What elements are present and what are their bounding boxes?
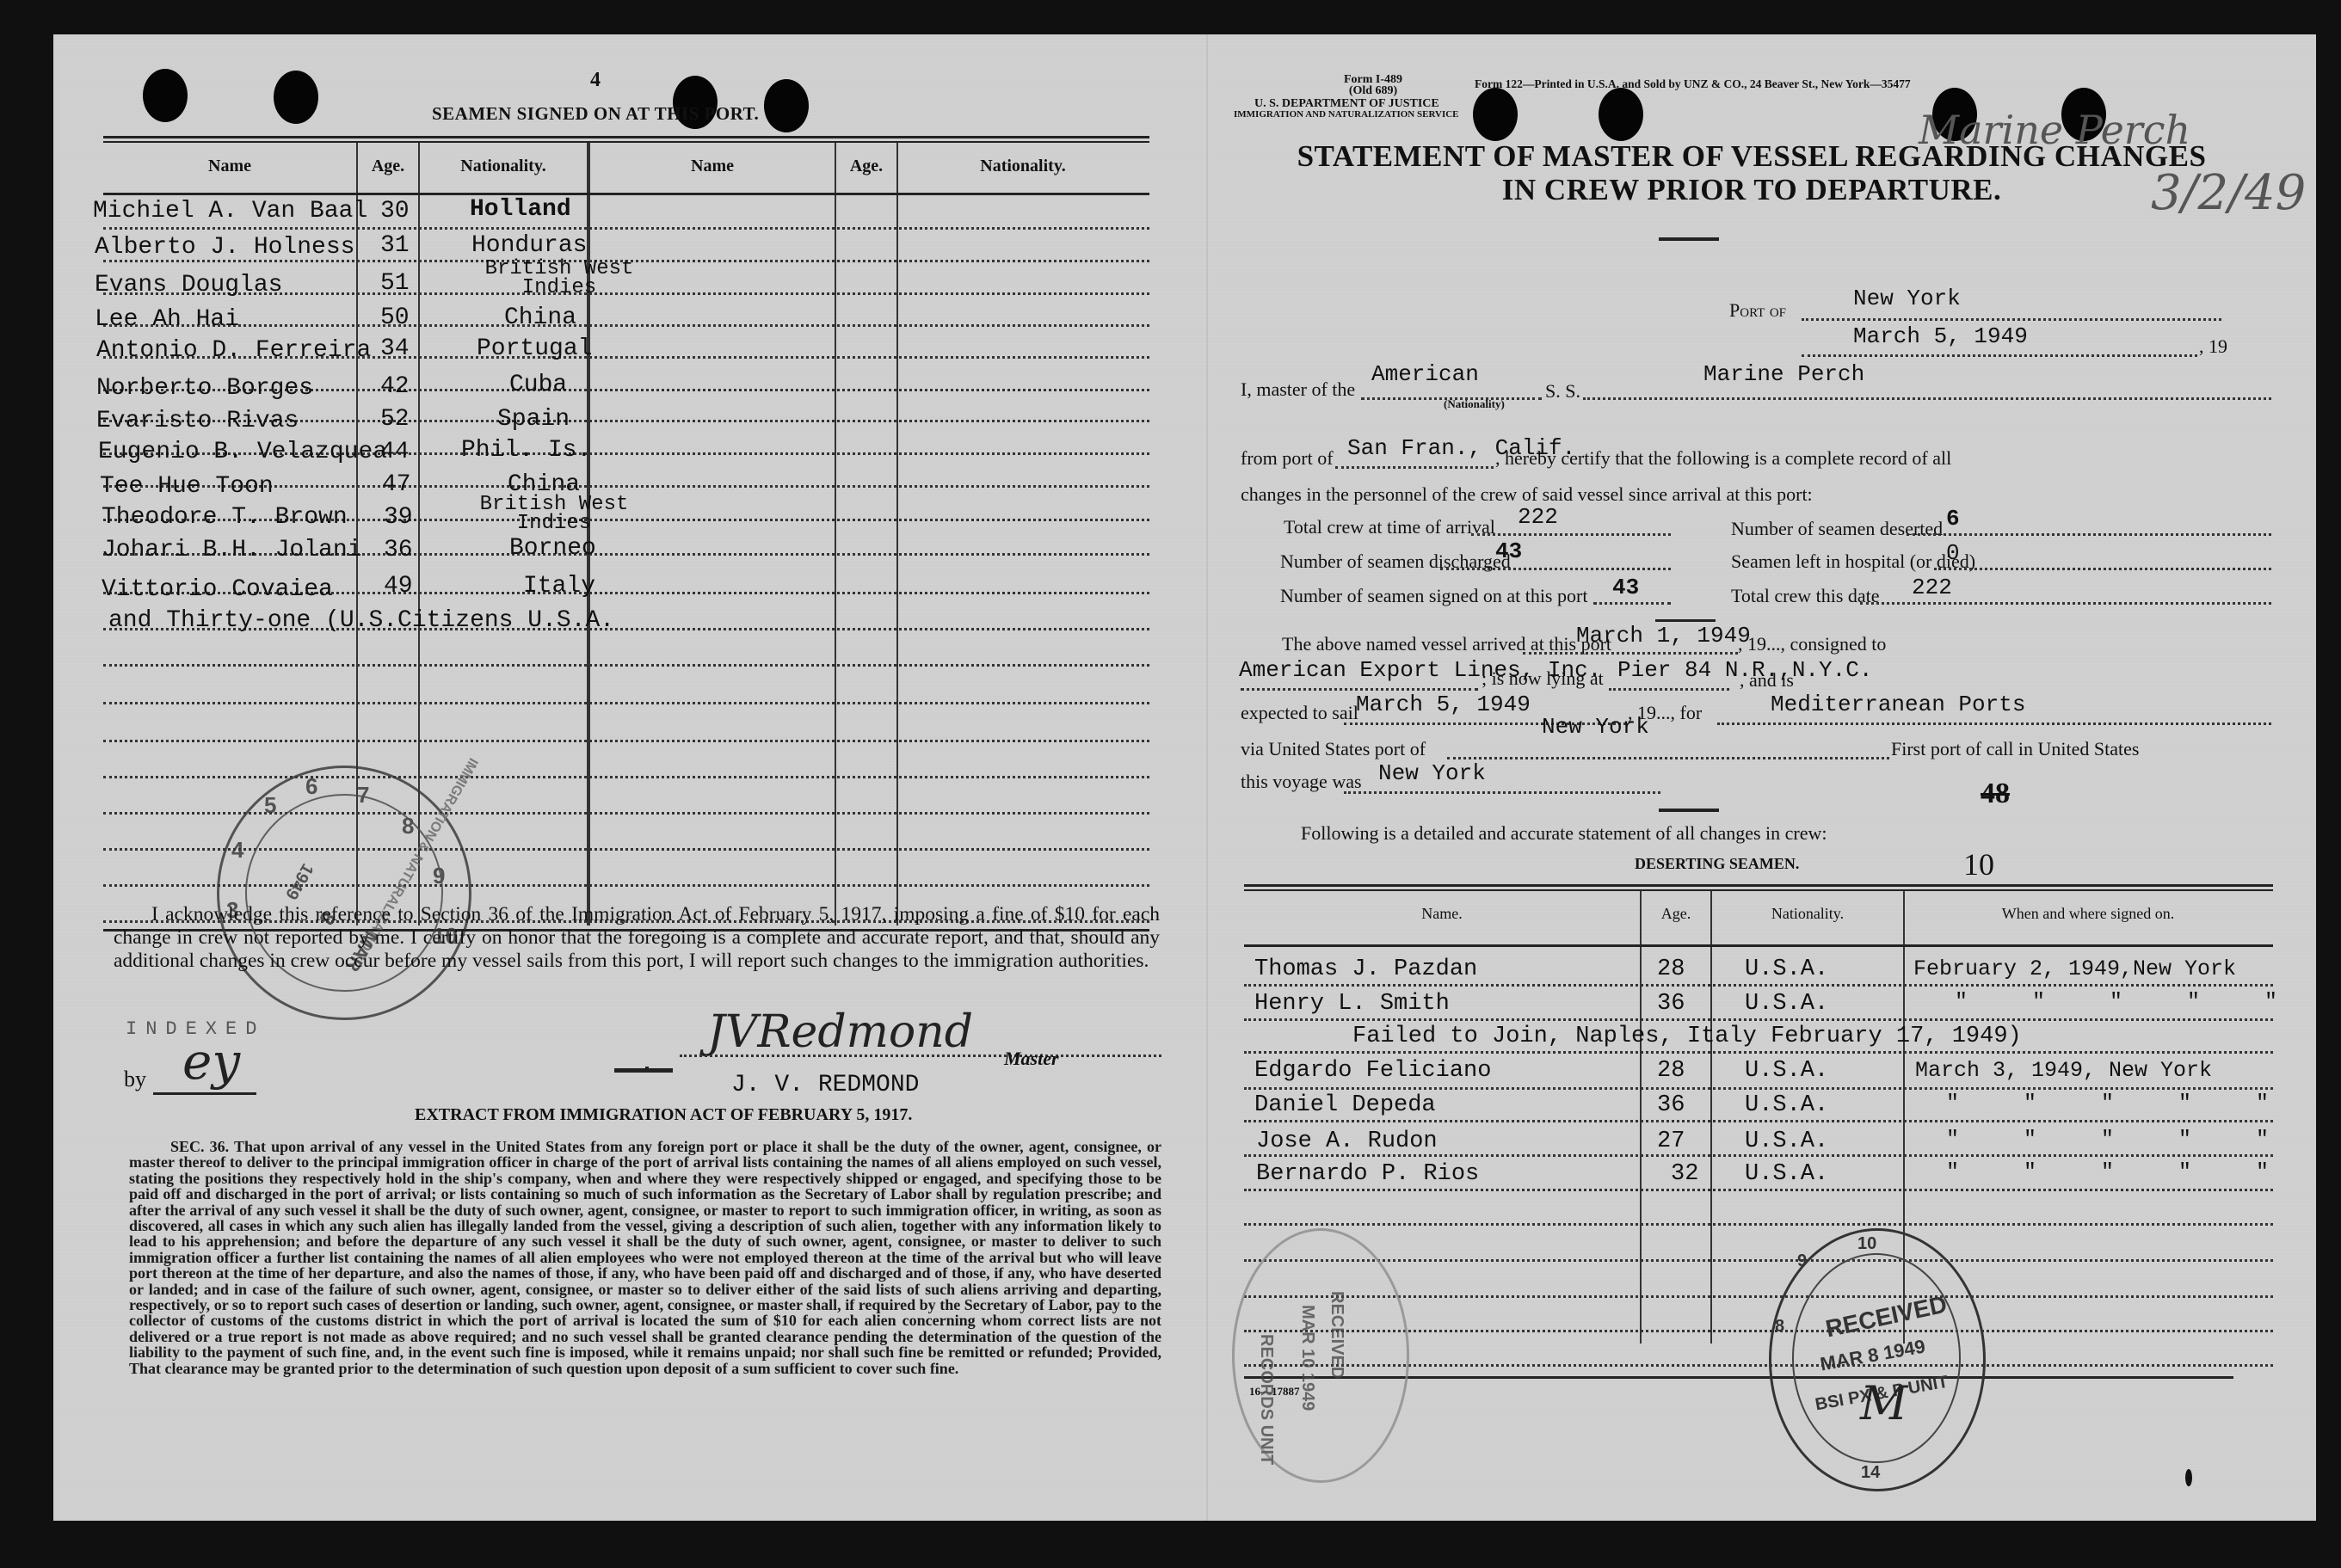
records-stamp-label: RECEIVED	[1327, 1291, 1346, 1379]
deserter-signed-on: " " " " "	[1946, 1127, 2269, 1152]
row-rule	[1244, 984, 2273, 987]
field-line	[1583, 397, 2271, 400]
stamp-ring-number: 9	[433, 863, 445, 889]
deserter-nationality: U.S.A.	[1745, 956, 1828, 982]
seaman-age: 52	[380, 406, 410, 433]
received-date-stamp: IMMIGRATION & NATURALIZATION 8 MAR 1949 …	[217, 766, 471, 1020]
seaman-name: Eugenio B. Velazquea	[98, 439, 387, 465]
department: U. S. DEPARTMENT OF JUSTICE	[1234, 98, 1459, 109]
expected-sail-label: expected to sail	[1241, 702, 1358, 724]
title-rule	[1659, 237, 1719, 241]
form-old-number: (Old 689)	[1344, 85, 1402, 96]
nationality-caption: (Nationality)	[1444, 397, 1505, 411]
document-sheet: 4 SEAMEN SIGNED ON AT THIS PORT. Name Ag…	[53, 34, 2316, 1521]
deserted-value: 6	[1946, 506, 1960, 532]
seaman-age: 51	[380, 270, 410, 297]
field-line	[1717, 723, 2271, 725]
seaman-age: 49	[384, 573, 413, 600]
signature-dash	[645, 1067, 649, 1068]
signature-line	[680, 1055, 1161, 1057]
seaman-age: 42	[380, 373, 410, 400]
total-crew-arrival-label: Total crew at time of arrival	[1284, 516, 1495, 538]
punch-hole	[274, 71, 318, 124]
port-of-value: New York	[1853, 286, 1961, 311]
deserter-name: Henry L. Smith	[1254, 991, 1450, 1017]
ink-spot	[2185, 1469, 2192, 1486]
records-stamp-date: MAR 10 1949	[1297, 1305, 1317, 1411]
seaman-name: Theodore T. Brown	[102, 504, 348, 531]
total-crew-date-label: Total crew this date	[1731, 585, 1880, 607]
stamp-ring-number: 9	[1797, 1251, 1807, 1271]
following-text: Following is a detailed and accurate sta…	[1301, 822, 1827, 845]
consigned-to-label: , 19..., consigned to	[1738, 633, 1886, 655]
stamp-ring-number: 4	[231, 837, 243, 864]
field-line	[1241, 688, 1478, 691]
signature-dash	[614, 1068, 673, 1073]
seaman-name: Antonio D. Ferreira	[96, 337, 371, 364]
seaman-name: Evaristo Rivas	[96, 408, 299, 434]
lying-at-label: ; is now lying at	[1482, 667, 1604, 690]
deserter-nationality: U.S.A.	[1745, 1128, 1828, 1154]
first-port-label: First port of call in United States	[1891, 738, 2139, 760]
field-line	[1335, 466, 1494, 469]
row-rule	[1244, 1018, 2273, 1021]
field-line	[1523, 652, 1738, 655]
signed-on-label: Number of seamen signed on at this port	[1280, 585, 1587, 607]
row-rule	[103, 776, 1149, 778]
row-rule	[103, 664, 1149, 667]
received-bsi-stamp: RECEIVED MAR 8 1949 BSI PX & P UNIT 10 9…	[1769, 1228, 1986, 1491]
stamp-ring-number: 14	[1861, 1463, 1880, 1483]
deserter-name: Jose A. Rudon	[1256, 1128, 1438, 1154]
col-header-nationality: Nationality.	[1712, 905, 1903, 923]
stamp-ring-number: 8	[1775, 1317, 1784, 1337]
stamp-ring-number: 7	[357, 782, 369, 809]
master-signature: JVRedmond	[707, 1006, 973, 1058]
arrived-date: March 1, 1949	[1576, 623, 1751, 649]
seaman-age: 36	[384, 537, 413, 563]
col-header-name: Name	[105, 157, 354, 176]
deserted-label: Number of seamen deserted	[1731, 518, 1943, 540]
seaman-name: Evans Douglas	[95, 272, 282, 298]
row-rule	[1244, 1087, 2273, 1090]
row-rule	[103, 324, 1149, 327]
signed-on-value: 43	[1612, 575, 1639, 600]
hospital-value: 0	[1946, 540, 1960, 566]
indexed-by-label: by	[124, 1067, 146, 1092]
acknowledgement-paragraph: I acknowledge this reference to Section …	[114, 903, 1160, 973]
col-header-nationality-2: Nationality.	[898, 157, 1148, 176]
seaman-nationality: Borneo	[509, 535, 596, 562]
seaman-nationality: Portugal	[477, 335, 592, 362]
indexed-underline	[153, 1092, 256, 1095]
row-rule	[103, 227, 1149, 230]
stamp-ring-number: 6	[305, 773, 317, 800]
title-line-2: IN CREW PRIOR TO DEPARTURE.	[1235, 173, 2268, 206]
continuation-line: and Thirty-one (U.S.Citizens U.S.A.	[108, 607, 614, 634]
changes-text: changes in the personnel of the crew of …	[1241, 483, 1813, 506]
column-divider	[1710, 891, 1712, 1344]
deserter-name: Thomas J. Pazdan	[1254, 956, 1477, 982]
page-number: 4	[590, 69, 601, 92]
section-rule	[1659, 809, 1719, 812]
signed-on-title: SEAMEN SIGNED ON AT THIS PORT.	[432, 103, 759, 125]
stamp-ring-number: 5	[264, 792, 276, 819]
col-header-name-2: Name	[590, 157, 835, 176]
acknowledgement-text: I acknowledge this reference to Section …	[114, 903, 1160, 973]
header-rule	[103, 193, 1149, 195]
master-of-label: I, master of the	[1241, 378, 1355, 401]
records-unit-stamp: RECORDS UNIT MAR 10 1949 RECEIVED	[1232, 1228, 1409, 1483]
deserter-age: 32	[1671, 1161, 1698, 1187]
year-prefix: , 19	[2199, 335, 2227, 358]
deserter-age: 36	[1657, 1092, 1685, 1118]
deserter-name: Bernardo P. Rios	[1256, 1161, 1479, 1187]
failed-to-join-note: Failed to Join, Naples, Italy February 1…	[1352, 1024, 2022, 1049]
records-stamp-unit: RECORDS UNIT	[1256, 1334, 1276, 1465]
section-36-text: SEC. 36. That upon arrival of any vessel…	[129, 1139, 1161, 1376]
stamp-ring-number: 10	[1857, 1234, 1876, 1254]
first-port-value: New York	[1378, 760, 1486, 786]
ss-label: S. S.	[1545, 380, 1580, 403]
deserter-signed-on: " " " " "	[1946, 1159, 2269, 1184]
voyage-was-label: this voyage was	[1241, 771, 1362, 793]
row-rule	[1244, 1189, 2273, 1191]
total-crew-date-value: 222	[1912, 575, 1952, 600]
seaman-nationality: Holland	[470, 196, 571, 223]
deserter-name: Daniel Depeda	[1254, 1092, 1436, 1118]
vessel-name: Marine Perch	[1703, 361, 1864, 387]
seaman-name: Vittorio Covaiea	[102, 576, 333, 603]
seaman-name: Tee Hue Toon	[100, 473, 274, 500]
deserter-age: 28	[1657, 956, 1685, 982]
header-rule	[1244, 944, 2273, 947]
field-line	[1609, 688, 1729, 691]
destination-value: Mediterranean Ports	[1771, 692, 2025, 717]
table-top-rule	[1244, 884, 2273, 887]
deserter-signed-on: February 2, 1949,New York	[1913, 956, 2236, 981]
via-label: via United States port of	[1241, 738, 1426, 760]
row-rule	[1244, 1120, 2273, 1122]
master-label: Master	[1004, 1048, 1059, 1070]
indexed-by-initials: ey	[182, 1032, 240, 1091]
field-line	[1471, 533, 1671, 536]
deserter-age: 27	[1657, 1128, 1685, 1154]
field-line	[1447, 757, 1889, 759]
row-rule	[1244, 1051, 2273, 1054]
seaman-age: 34	[380, 335, 410, 362]
department-block: U. S. DEPARTMENT OF JUSTICE IMMIGRATION …	[1234, 98, 1459, 120]
form-date: March 5, 1949	[1853, 323, 2028, 349]
punch-hole	[764, 79, 809, 132]
table-top-rule	[103, 136, 1149, 138]
seaman-nationality: British West Indies	[451, 495, 657, 533]
discharged-value: 43	[1495, 538, 1522, 564]
seaman-nationality: British West Indies	[465, 260, 654, 298]
seaman-nationality: China	[504, 304, 576, 331]
deserter-nationality: U.S.A.	[1745, 1092, 1828, 1118]
deserting-count: 10	[1963, 846, 1994, 882]
bsi-stamp-initials: M	[1860, 1376, 1907, 1430]
row-rule	[103, 702, 1149, 704]
sail-date: March 5, 1949	[1356, 692, 1531, 717]
row-rule	[1244, 1259, 2273, 1262]
deserter-age: 36	[1657, 991, 1685, 1017]
col-header-nationality: Nationality.	[420, 157, 587, 176]
field-line	[1934, 568, 2271, 570]
col-header-age: Age.	[358, 157, 418, 176]
punch-hole	[1599, 88, 1643, 141]
service: IMMIGRATION AND NATURALIZATION SERVICE	[1234, 109, 1459, 120]
field-line	[1593, 602, 1671, 605]
seaman-name: Alberto J. Holness	[95, 234, 354, 261]
row-rule	[1244, 1223, 2273, 1226]
field-line	[1344, 791, 1660, 794]
printer-line: Form 122—Printed in U.S.A. and Sold by U…	[1475, 77, 1911, 91]
deserter-nationality: U.S.A.	[1745, 1058, 1828, 1084]
seaman-name: Michiel A. Van Baal	[93, 198, 367, 224]
deserter-signed-on: " " " " "	[1955, 989, 2277, 1014]
field-line	[1907, 533, 2271, 536]
stamp-ring-number: 8	[402, 813, 414, 839]
deserter-nationality: U.S.A.	[1745, 991, 1828, 1017]
margin-mark: 48	[1981, 778, 2010, 810]
deserter-signed-on: " " " " "	[1946, 1091, 2269, 1116]
form-number-block: Form I-489 (Old 689)	[1344, 74, 1402, 96]
from-port-label: from port of	[1241, 447, 1334, 470]
col-header-name: Name.	[1246, 905, 1638, 923]
via-port-value: New York	[1542, 714, 1649, 740]
port-of-label: Port of	[1729, 299, 1786, 322]
table-top-rule	[1244, 889, 2273, 891]
punch-hole	[143, 69, 188, 122]
seaman-age: 47	[382, 471, 411, 498]
deserter-age: 28	[1657, 1058, 1685, 1084]
section-36-body: SEC. 36. That upon arrival of any vessel…	[129, 1139, 1161, 1376]
field-line	[1802, 318, 2221, 321]
total-crew-arrival-value: 222	[1518, 504, 1558, 530]
seaman-age: 44	[380, 439, 410, 465]
seaman-nationality: Cuba	[509, 372, 567, 398]
nationality-value: American	[1371, 361, 1479, 387]
master-name: J. V. REDMOND	[731, 1072, 919, 1098]
col-header-signed-on: When and where signed on.	[1905, 905, 2271, 923]
seaman-name: Johari B.H. Jolani	[102, 537, 361, 563]
col-header-age-2: Age.	[836, 157, 896, 176]
extract-title: EXTRACT FROM IMMIGRATION ACT OF FEBRUARY…	[415, 1105, 912, 1125]
seaman-age: 50	[380, 304, 410, 331]
row-rule	[103, 740, 1149, 742]
deserter-signed-on: March 3, 1949, New York	[1915, 1058, 2212, 1083]
seaman-nationality: Italy	[523, 573, 595, 600]
seaman-name: Norberto Borges	[96, 375, 313, 402]
deserting-title: DESERTING SEAMEN.	[1635, 855, 1799, 873]
field-line	[1860, 602, 2271, 605]
section-rule	[1655, 619, 1716, 622]
col-header-age: Age.	[1642, 905, 1710, 923]
page-fold	[1206, 34, 1208, 1521]
field-line	[1440, 568, 1671, 570]
form-title: STATEMENT OF MASTER OF VESSEL REGARDING …	[1235, 139, 2268, 206]
seaman-name: Lee Ah Hai	[95, 306, 239, 333]
and-is-label: , and is	[1740, 669, 1794, 692]
column-divider	[1640, 891, 1642, 1344]
title-line-1: STATEMENT OF MASTER OF VESSEL REGARDING …	[1235, 139, 2268, 173]
deserter-nationality: U.S.A.	[1745, 1161, 1828, 1187]
table-top-rule	[103, 141, 1149, 143]
seaman-nationality: Phil. Is.	[461, 437, 591, 464]
punch-hole	[1473, 88, 1518, 141]
seaman-nationality: Honduras	[471, 232, 587, 259]
seaman-age: 39	[384, 504, 413, 531]
field-line	[1802, 354, 2197, 357]
certify-text: , hereby certify that the following is a…	[1495, 447, 1951, 470]
row-rule	[1244, 1154, 2273, 1157]
seaman-nationality: Spain	[497, 406, 570, 433]
seaman-age: 30	[380, 198, 410, 224]
seaman-age: 31	[380, 232, 410, 259]
deserter-name: Edgardo Feliciano	[1254, 1058, 1491, 1084]
